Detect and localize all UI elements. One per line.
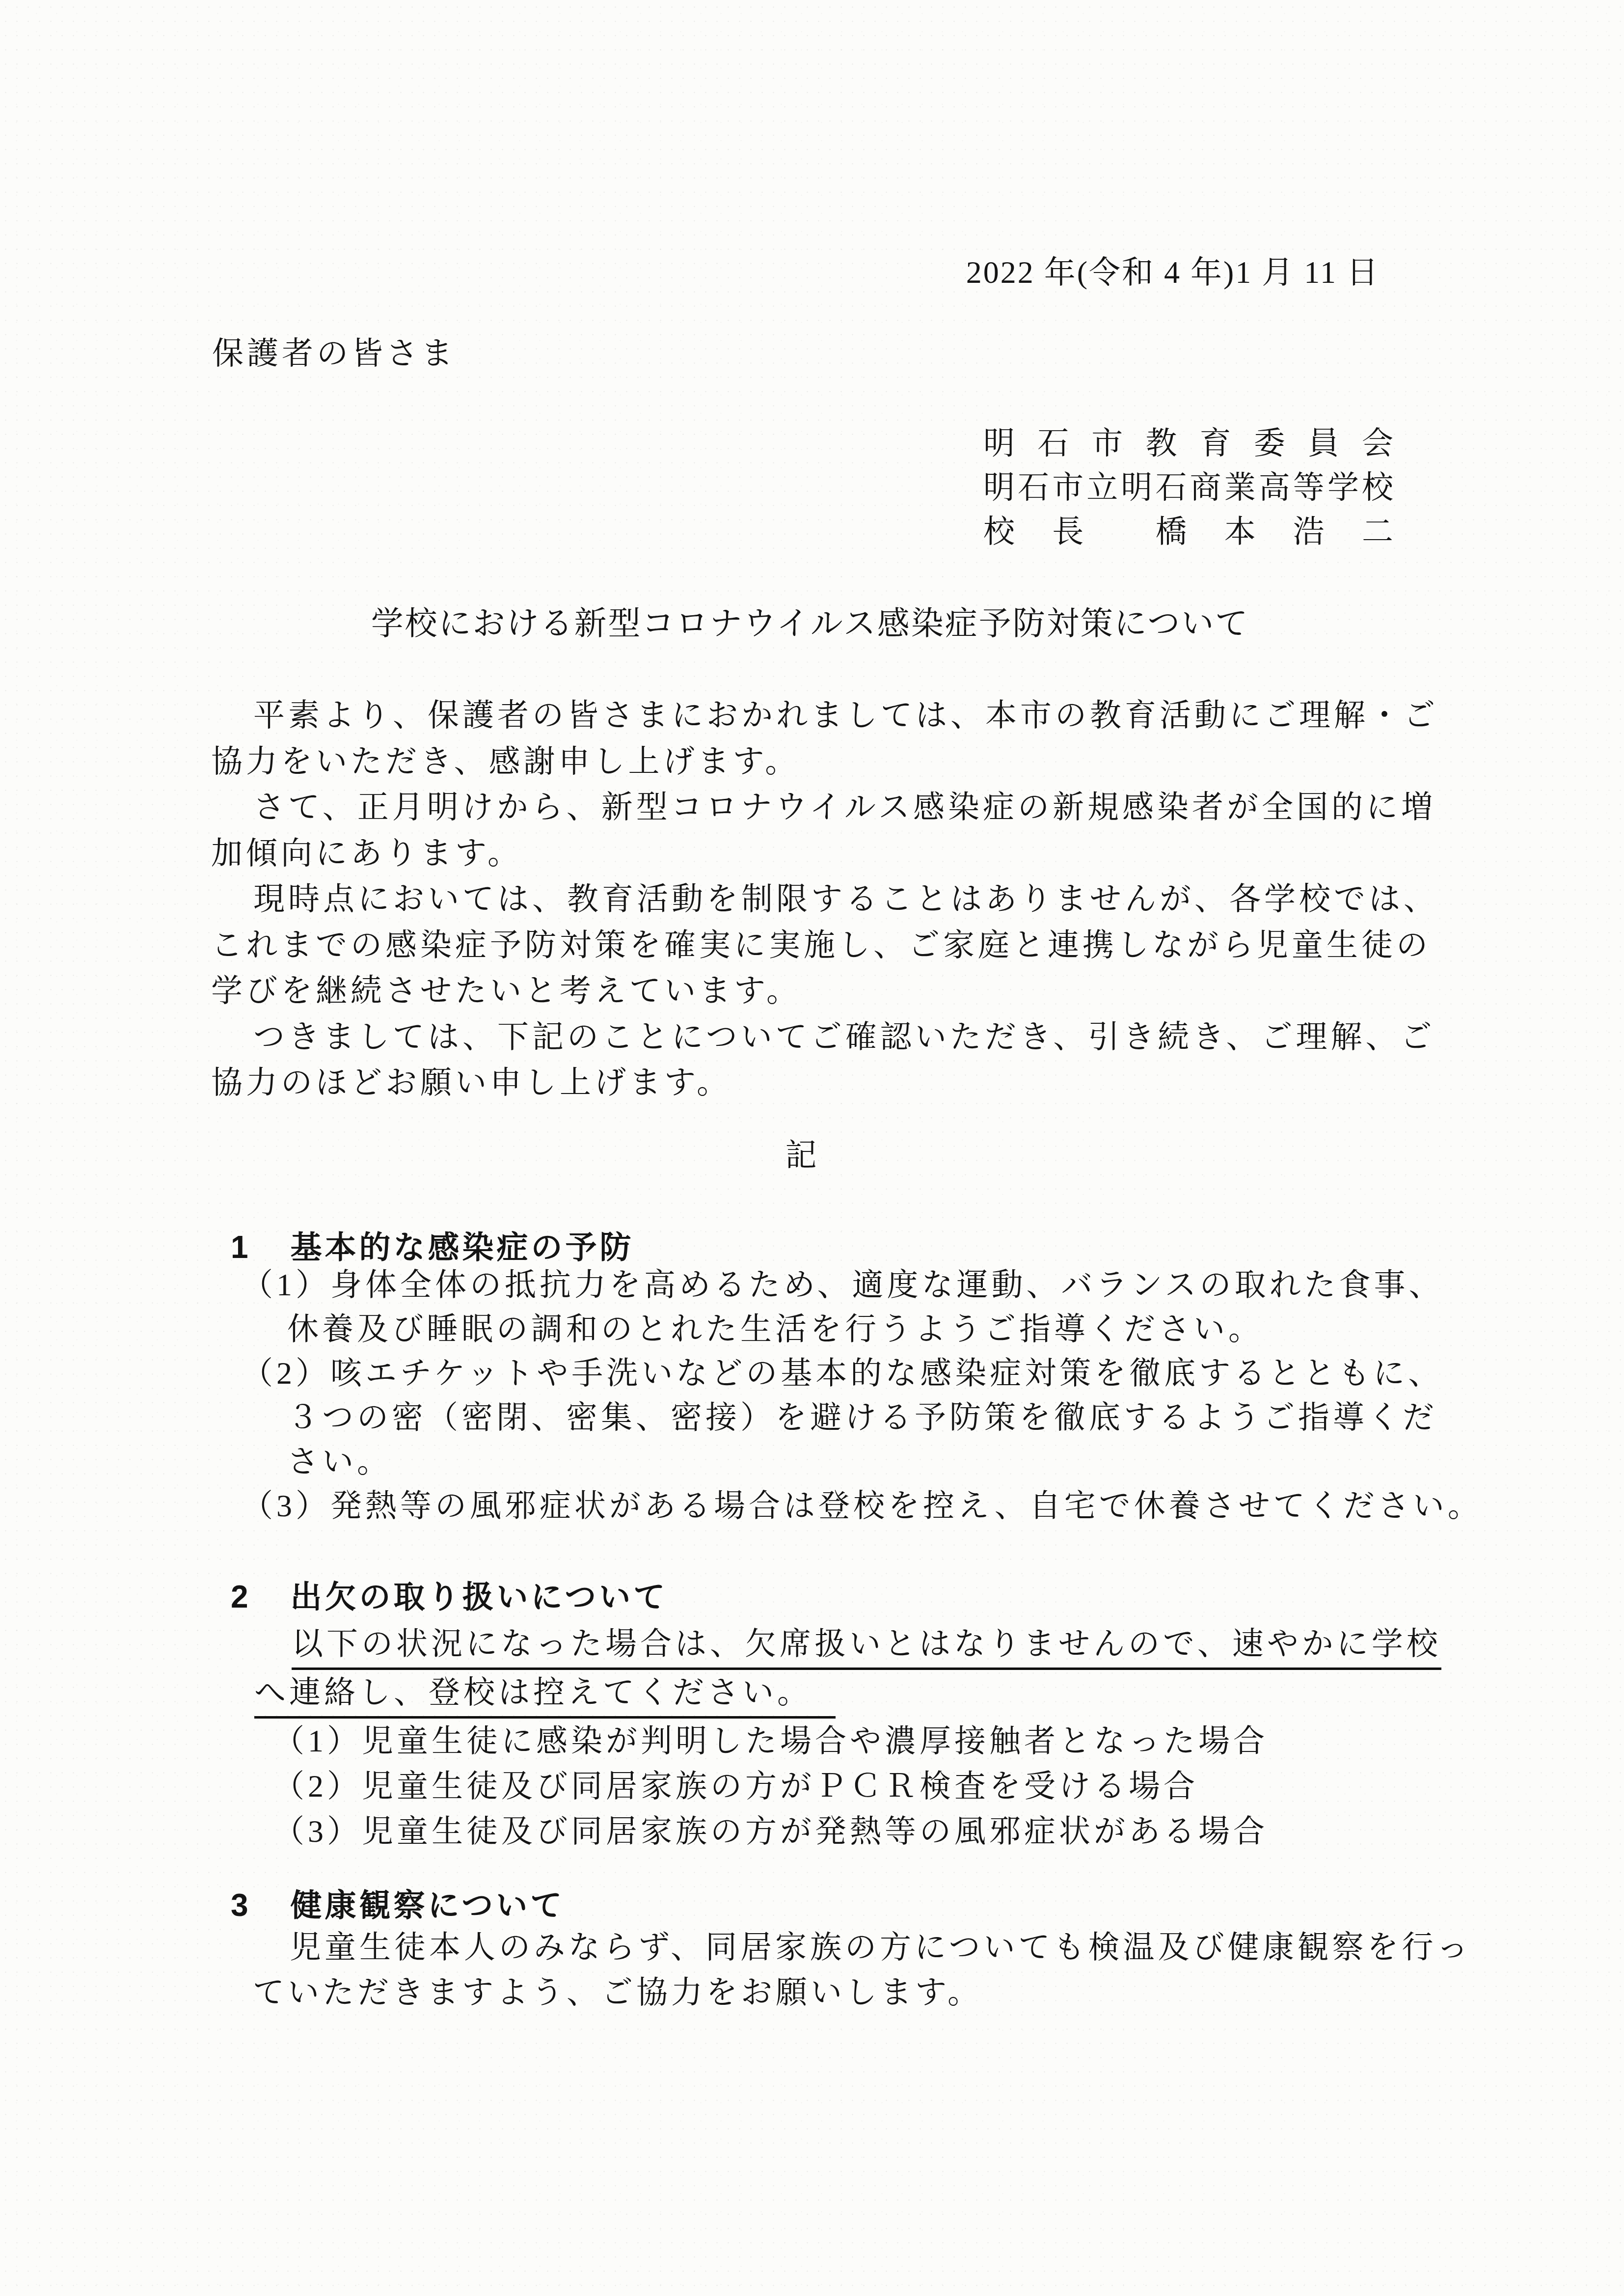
intro-line: 平素より、保護者の皆さまにおかれましては、本市の教育活動にご理解・ご	[211, 692, 1453, 738]
section1-body: （1）身体全体の抵抗力を高めるため、適度な運動、バランスの取れた食事、 休養及び…	[211, 1263, 1537, 1528]
sender-organization: 明石市教育委員会	[983, 421, 1393, 465]
section2-number: 2	[231, 1579, 251, 1614]
section3-heading-text: 健康観察について	[291, 1887, 565, 1923]
addressee: 保護者の皆さま	[212, 328, 456, 373]
section2-item-line: （2）児童生徒及び同居家族の方がＰＣＲ検査を受ける場合	[211, 1764, 1537, 1809]
sender-school: 明石市立明石商業高等学校	[983, 465, 1393, 510]
section3-line: ていただきますよう、ご協力をお願いします。	[211, 1970, 1537, 2015]
section1-item-line: （3）発熱等の風邪症状がある場合は登校を控え、自宅で休養させてください。	[211, 1484, 1537, 1528]
intro-line: 協力のほどお願い申し上げます。	[211, 1060, 1453, 1106]
section1-item-line: （1）身体全体の抵抗力を高めるため、適度な運動、バランスの取れた食事、	[211, 1263, 1537, 1307]
section2-heading: 2出欠の取り扱いについて	[211, 1574, 1488, 1620]
intro-line: さて、正月明けから、新型コロナウイルス感染症の新規感染者が全国的に増	[211, 784, 1453, 830]
section3-body: 児童生徒本人のみならず、同居家族の方についても検温及び健康観察を行っ ていただき…	[211, 1925, 1537, 2015]
section3-heading: 3健康観察について	[211, 1882, 1488, 1928]
section3-number: 3	[231, 1887, 251, 1923]
section2-heading-text: 出欠の取り扱いについて	[291, 1579, 668, 1614]
section3-line: 児童生徒本人のみならず、同居家族の方についても検温及び健康観察を行っ	[211, 1925, 1537, 1970]
section2-underlined-line: へ連絡し、登校は控えてください。	[211, 1670, 1537, 1719]
intro-line: 学びを継続させたいと考えています。	[211, 968, 1453, 1014]
date-line: 2022 年(令和 4 年)1 月 11 日	[211, 247, 1380, 292]
intro-line: 現時点においては、教育活動を制限することはありませんが、各学校では、	[211, 876, 1453, 922]
section2-item-line: （1）児童生徒に感染が判明した場合や濃厚接触者となった場合	[211, 1719, 1537, 1764]
intro-line: 加傾向にあります。	[211, 830, 1453, 876]
intro-line: 協力をいただき、感謝申し上げます。	[211, 738, 1453, 785]
section1-item-line: （2）咳エチケットや手洗いなどの基本的な感染症対策を徹底するとともに、	[211, 1351, 1537, 1395]
document-title: 学校における新型コロナウイルス感染症予防対策について	[221, 597, 1399, 644]
section2-item-line: （3）児童生徒及び同居家族の方が発熱等の風邪症状がある場合	[211, 1809, 1537, 1854]
intro-line: これまでの感染症予防対策を確実に実施し、ご家庭と連携しながら児童生徒の	[211, 922, 1453, 968]
section1-number: 1	[231, 1230, 251, 1265]
section1-item-line: ３つの密（密閉、密集、密接）を避ける予防策を徹底するようご指導くだ	[211, 1395, 1537, 1440]
intro-paragraphs: 平素より、保護者の皆さまにおかれましては、本市の教育活動にご理解・ご 協力をいた…	[211, 692, 1453, 1106]
sender-block: 明石市教育委員会 明石市立明石商業高等学校 校 長 橋 本 浩 二	[983, 421, 1393, 554]
section1-item-line: さい。	[211, 1440, 1537, 1484]
section1-item-line: 休養及び睡眠の調和のとれた生活を行うようご指導ください。	[211, 1307, 1537, 1351]
record-mark: 記	[211, 1130, 1394, 1175]
section2-body: 以下の状況になった場合は、欠席扱いとはなりませんので、速やかに学校 へ連絡し、登…	[211, 1621, 1537, 1854]
sender-principal: 校 長 橋 本 浩 二	[983, 510, 1393, 554]
scanned-letter-page: 2022 年(令和 4 年)1 月 11 日 保護者の皆さま 明石市教育委員会 …	[0, 0, 1624, 2296]
section2-underlined-line: 以下の状況になった場合は、欠席扱いとはなりませんので、速やかに学校	[211, 1621, 1537, 1670]
section1-heading-text: 基本的な感染症の予防	[291, 1230, 634, 1265]
intro-line: つきましては、下記のことについてご確認いただき、引き続き、ご理解、ご	[211, 1014, 1453, 1060]
